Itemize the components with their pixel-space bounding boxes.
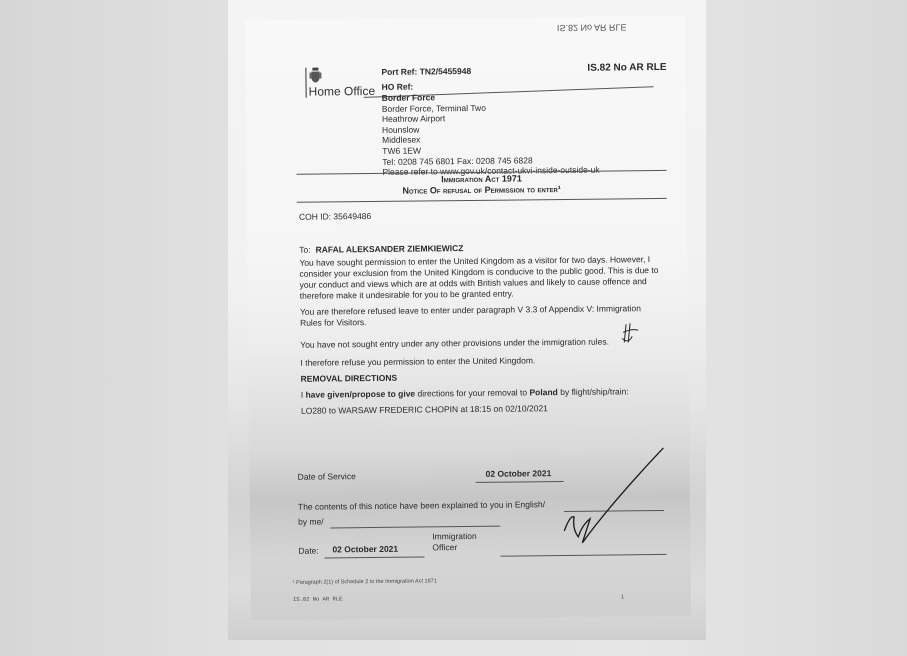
removal-given: have given/propose to give [305, 389, 415, 400]
recipient-line: To:RAFAL ALEKSANDER ZIEMKIEWICZ [299, 243, 463, 255]
no-other-provisions-paragraph: You have not sought entry under any othe… [300, 336, 660, 351]
flight-details: LO280 to WARSAW FREDERIC CHOPIN at 18:15… [301, 402, 661, 417]
by-me-label: by me/ [298, 517, 324, 527]
to-label: To: [299, 245, 310, 255]
explained-line: The contents of this notice have been ex… [298, 499, 545, 512]
immigration-officer-label: Immigration Officer [432, 531, 492, 554]
top-form-code: IS.82 No AR RLE [557, 22, 627, 33]
by-me-rule [330, 526, 500, 529]
footnote: ¹ Paragraph 2(1) of Schedule 2 to the Im… [293, 578, 437, 586]
refusal-reason-paragraph: You have sought permission to enter the … [299, 254, 659, 302]
footer-form-code: IS.82 No AR RLE [293, 595, 343, 603]
removal-mid: directions for your removal to [417, 387, 527, 398]
date-label: Date: [298, 546, 318, 556]
refusal-notice-page: IS.82 No AR RLE Home Office Port Ref: TN… [245, 16, 691, 621]
page-mark: 1 [621, 594, 624, 600]
date-value: 02 October 2021 [332, 544, 398, 555]
logo-divider [305, 68, 306, 98]
form-code: IS.82 No AR RLE [587, 62, 666, 74]
coh-id: COH ID: 35649486 [299, 211, 371, 222]
officer-signature-rule [500, 554, 666, 557]
date-of-service-rule [476, 481, 564, 483]
officer-signature-icon [559, 444, 670, 545]
ho-ref: HO Ref: [382, 82, 414, 92]
sender-address: Border Force Border Force, Terminal Two … [382, 91, 600, 178]
port-ref: Port Ref: TN2/5455948 [381, 66, 471, 77]
refusal-rule-paragraph: You are therefore refused leave to enter… [300, 303, 660, 329]
date-of-service-label: Date of Service [298, 471, 356, 482]
removal-suffix: by flight/ship/train: [560, 386, 629, 397]
removal-directions-heading: REMOVAL DIRECTIONS [301, 370, 661, 385]
recipient-name: RAFAL ALEKSANDER ZIEMKIEWICZ [316, 243, 464, 255]
royal-crest-icon [309, 68, 321, 84]
removal-directions-line: I have given/propose to give directions … [301, 386, 661, 401]
date-of-service-value: 02 October 2021 [486, 468, 552, 479]
notice-title-block: Immigration Act 1971 Notice Of refusal o… [297, 172, 667, 198]
removal-prefix: I [301, 390, 303, 400]
date-rule [325, 556, 425, 558]
title-rule-bottom [297, 198, 667, 203]
removal-country: Poland [529, 387, 557, 397]
refusal-statement: I therefore refuse you permission to ent… [300, 354, 660, 369]
initials-signature-icon [620, 322, 642, 346]
